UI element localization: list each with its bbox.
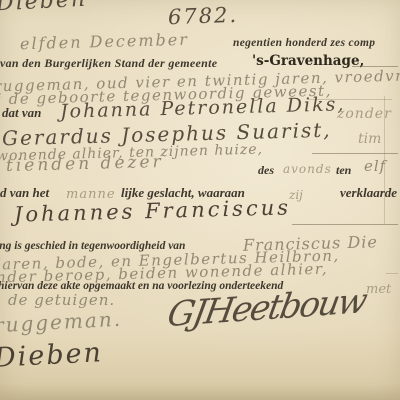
child-name: Johannes Franciscus [14,197,291,225]
gender-pre-printed: d van het [0,186,49,199]
act-number: 6782. [168,5,239,28]
registry-printed: van den Burgerlijken Stand der gemeente [0,57,217,69]
signature-declarant: ruggeman. [0,309,122,336]
father-occupation: tim [358,132,381,146]
signature-witness: Dieben [0,339,104,372]
met-handwritten: met [366,283,391,296]
dat-van-printed: dat van [2,106,41,119]
verklaarde-printed: verklaarde [340,186,397,199]
fill-line [292,224,398,225]
birth-day: tienden dezer [6,154,164,175]
birth-hour: elf [364,159,386,174]
gender-handwritten: manne [66,188,116,201]
des-printed: des [258,164,274,176]
time-of-day: avonds [283,163,332,175]
fill-line [312,153,398,154]
de-getuigen-handwritten: de getuigen. [8,293,115,308]
date-handwritten: elfden December [20,32,189,52]
fill-line [386,273,398,274]
date-printed: negentien honderd zes comp [233,38,375,50]
city-name: 's-Gravenhage, [252,55,364,69]
margin-note: Dieben [0,0,87,15]
ten-printed: ten [336,164,351,176]
zij-handwritten: zij [289,189,303,201]
document-page: Dieben 6782. elfden December negentien h… [0,0,400,400]
